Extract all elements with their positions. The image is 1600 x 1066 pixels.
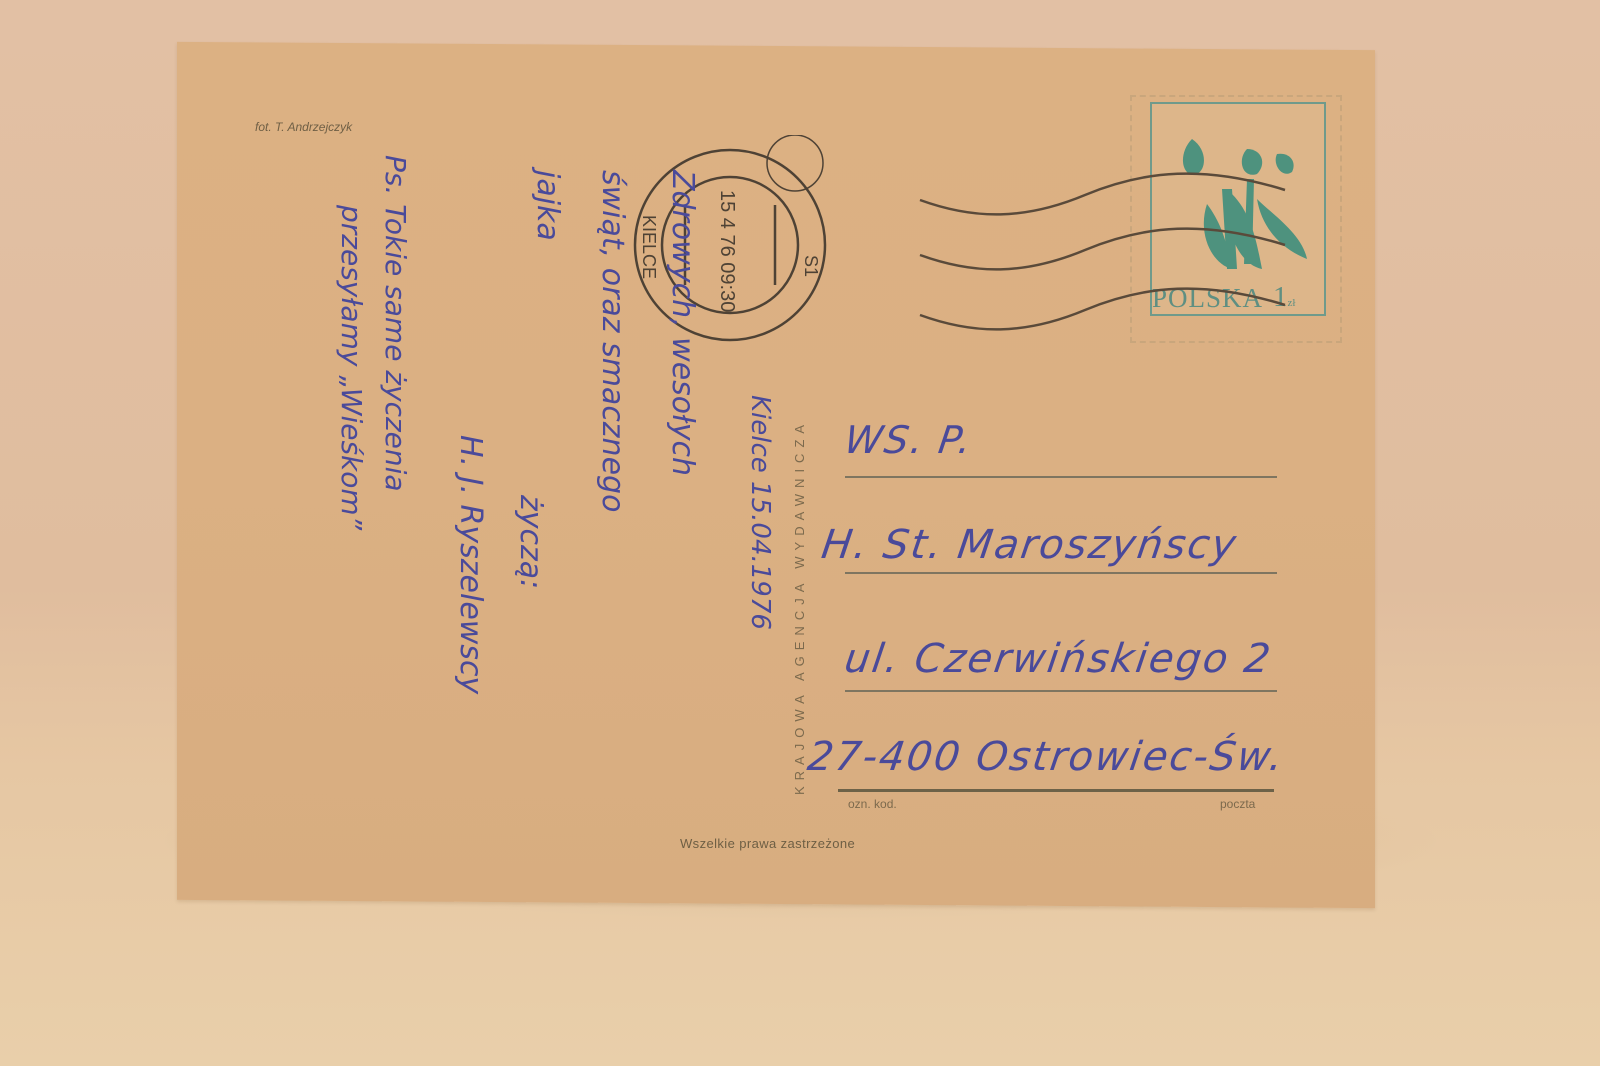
signature: H. J. Ryszelewscy [453,435,488,694]
postmark: 15 4 76 09:30 S1 KIELCE [625,135,835,355]
message-line-1: Zdrowych, wesołych [665,170,700,476]
place-date: Kielce 15.04.1976 [745,395,775,630]
address-recipient: H. St. Maroszyńscy [819,522,1241,568]
address-line-4 [838,789,1274,792]
postal-code-label: ozn. kod. [848,797,897,811]
cancellation-lines [915,160,1295,340]
rights-notice: Wszelkie prawa zastrzeżone [680,836,855,851]
postscript-line-1: Ps. Tokie same życzenia [379,155,412,492]
postscript-line-2: przesyłamy „Wieśkom” [335,205,368,530]
post-office-label: poczta [1220,797,1255,811]
photo-credit: fot. T. Andrzejczyk [255,120,352,134]
svg-text:S1: S1 [801,255,821,277]
svg-text:KIELCE: KIELCE [639,215,659,279]
publisher-imprint: KRAJOWA AGENCJA WYDAWNICZA [792,419,807,795]
address-street: ul. Czerwińskiego 2 [842,636,1275,682]
address-salutation: WS. P. [842,418,976,462]
address-line-2 [845,572,1277,574]
message-line-2: świąt, oraz smacznego [595,170,630,512]
address-city: 27-400 Ostrowiec-Św. [805,734,1288,780]
message-line-4: życzą: [513,495,548,589]
message-line-3: jajka [530,170,565,241]
address-line-1 [845,476,1277,478]
postmark-date: 15 4 76 09:30 [716,190,738,312]
address-line-3 [845,690,1277,692]
